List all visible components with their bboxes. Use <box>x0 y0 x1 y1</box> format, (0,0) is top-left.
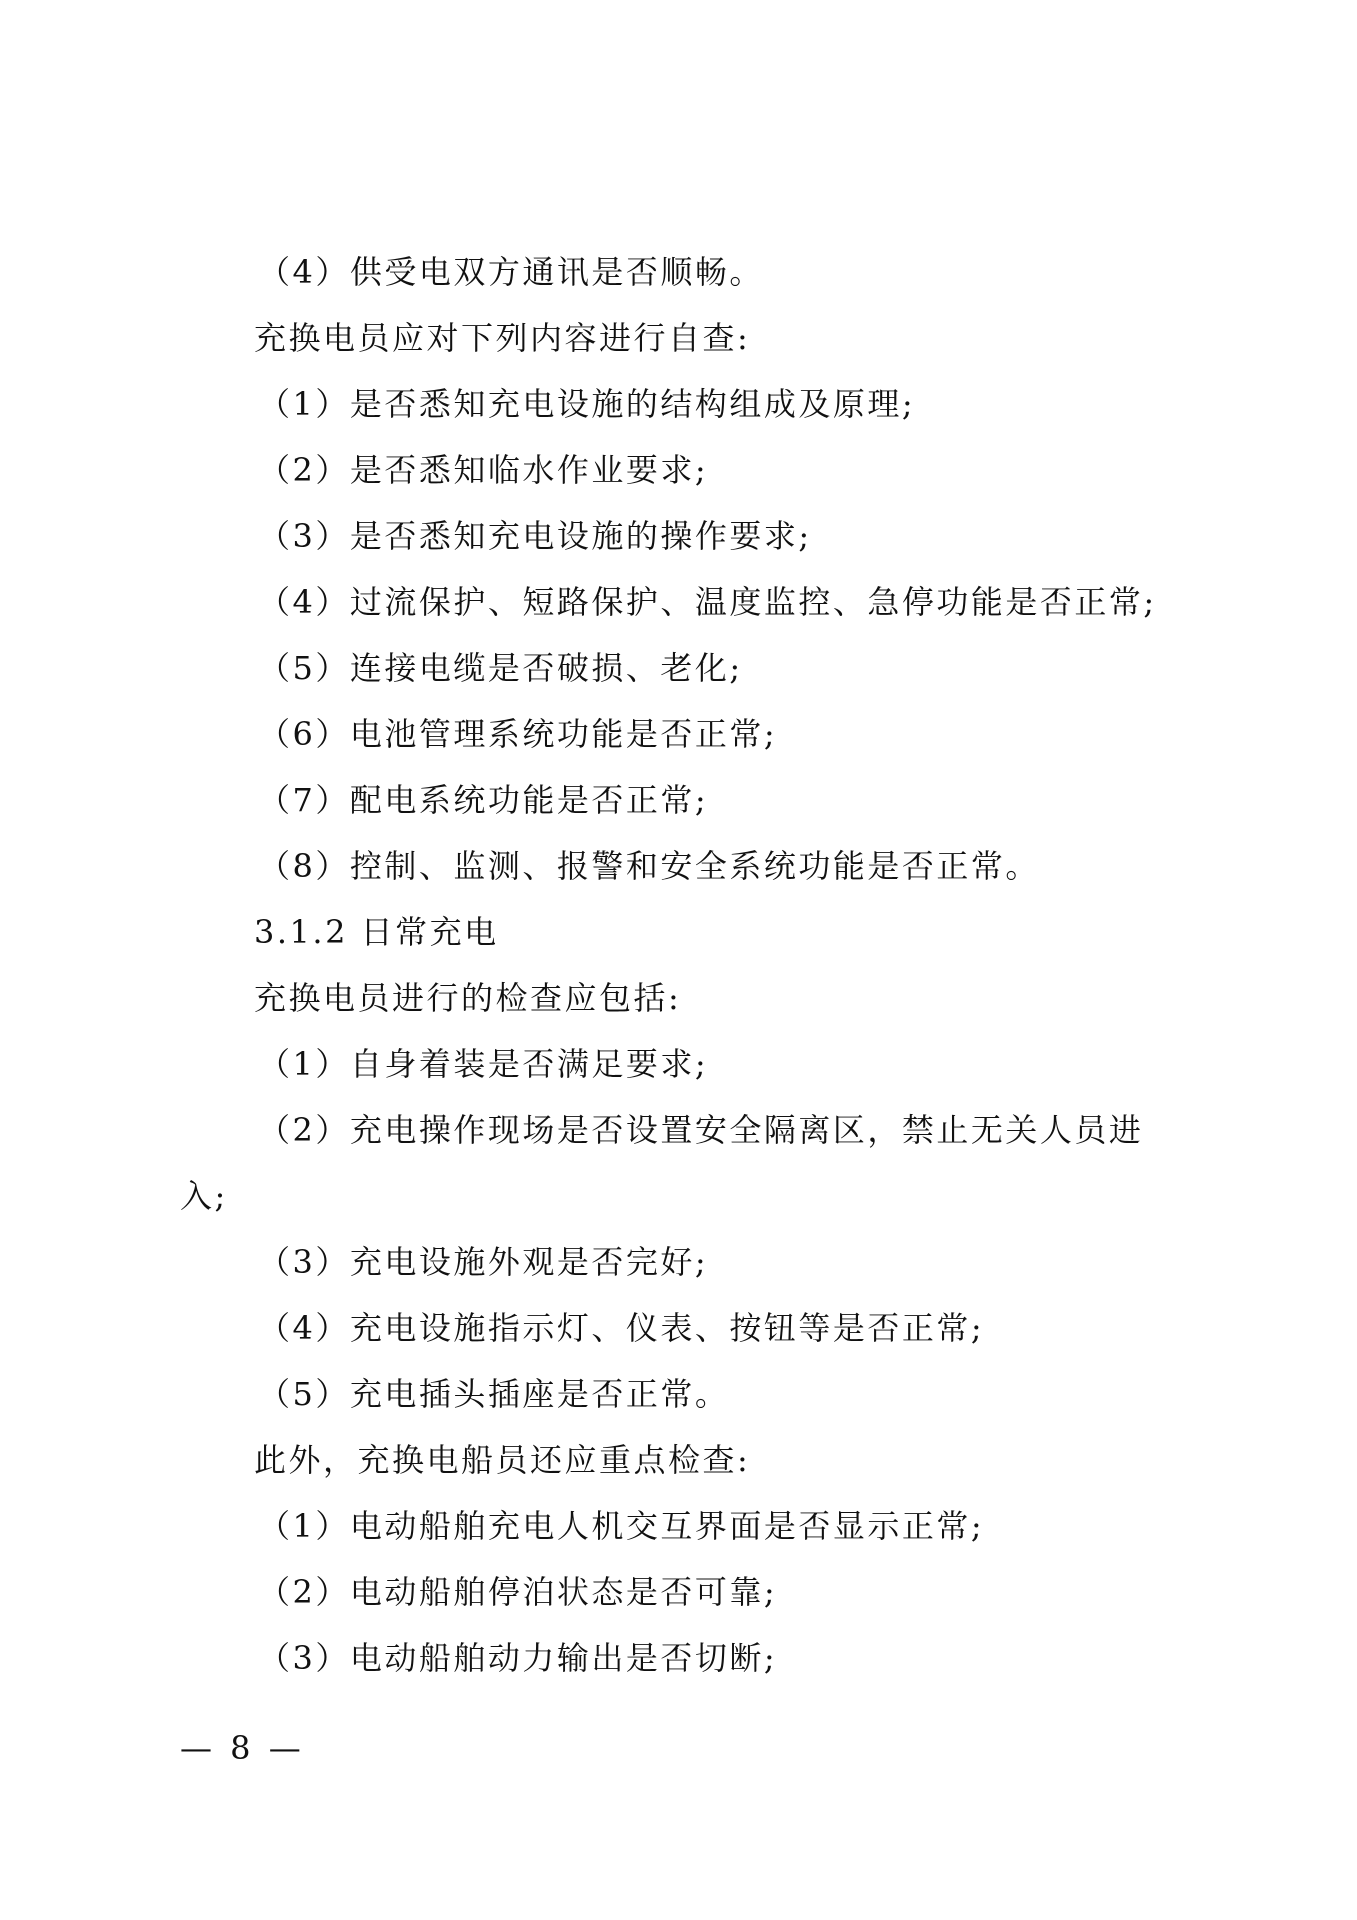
list-item-continuation: 入; <box>180 1176 228 1216</box>
paragraph-self-check-intro: 充换电员应对下列内容进行自查: <box>254 318 750 358</box>
list-item: （4）充电设施指示灯、仪表、按钮等是否正常; <box>258 1308 984 1348</box>
list-item: （7）配电系统功能是否正常; <box>258 780 708 820</box>
section-heading-daily-charging: 3.1.2 日常充电 <box>254 912 499 952</box>
list-item: （8）控制、监测、报警和安全系统功能是否正常。 <box>258 846 1040 886</box>
list-item: （4）过流保护、短路保护、温度监控、急停功能是否正常; <box>258 582 1157 622</box>
paragraph-inspection-intro: 充换电员进行的检查应包括: <box>254 978 681 1018</box>
paragraph-additional-checks-intro: 此外，充换电船员还应重点检查: <box>254 1440 750 1480</box>
document-page: （4）供受电双方通讯是否顺畅。 充换电员应对下列内容进行自查: （1）是否悉知充… <box>0 0 1357 1920</box>
list-item: （3）是否悉知充电设施的操作要求; <box>258 516 812 556</box>
list-item: （3）充电设施外观是否完好; <box>258 1242 708 1282</box>
list-item: （1）是否悉知充电设施的结构组成及原理; <box>258 384 915 424</box>
list-item: （5）连接电缆是否破损、老化; <box>258 648 743 688</box>
list-item: （3）电动船舶动力输出是否切断; <box>258 1638 777 1678</box>
page-number: — 8 — <box>180 1728 305 1768</box>
list-item: （2）充电操作现场是否设置安全隔离区，禁止无关人员进 <box>258 1110 1143 1150</box>
list-item-communication: （4）供受电双方通讯是否顺畅。 <box>258 252 764 292</box>
list-item: （1）自身着装是否满足要求; <box>258 1044 708 1084</box>
list-item: （2）是否悉知临水作业要求; <box>258 450 708 490</box>
list-item: （6）电池管理系统功能是否正常; <box>258 714 777 754</box>
list-item: （2）电动船舶停泊状态是否可靠; <box>258 1572 777 1612</box>
list-item: （1）电动船舶充电人机交互界面是否显示正常; <box>258 1506 984 1546</box>
list-item: （5）充电插头插座是否正常。 <box>258 1374 729 1414</box>
